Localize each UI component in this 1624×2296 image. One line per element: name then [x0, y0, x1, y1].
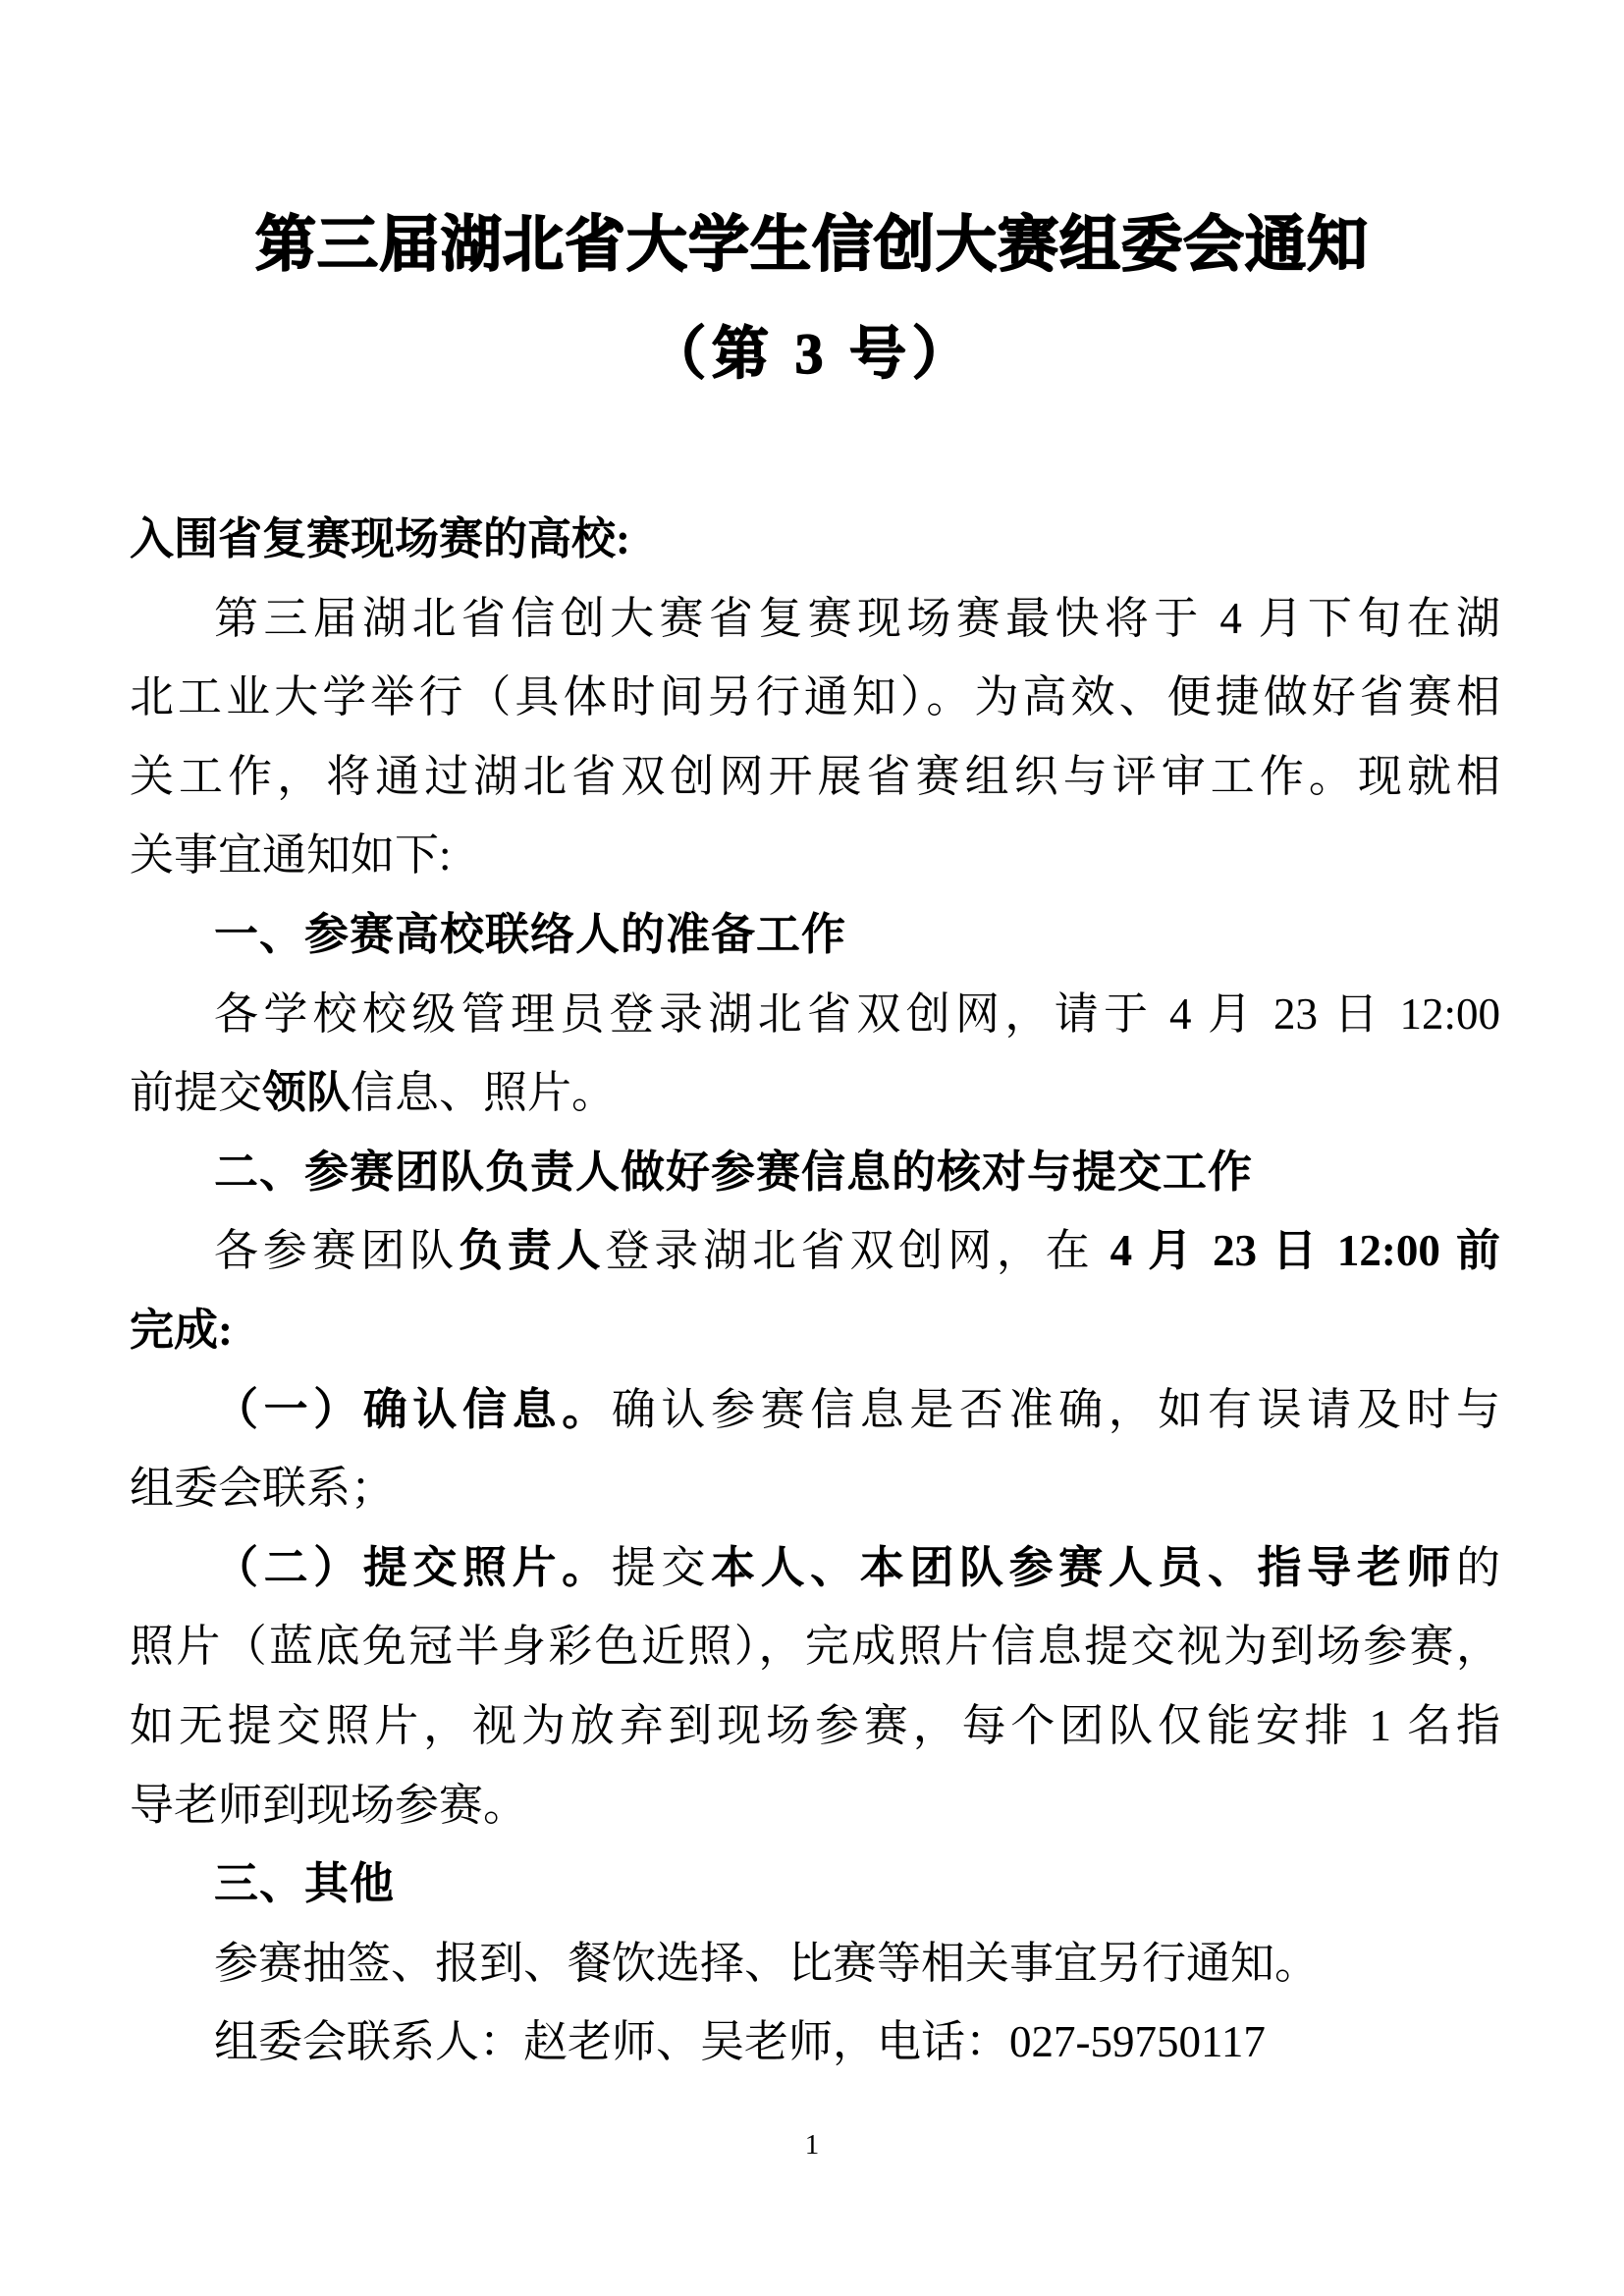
text-run: 二、参赛团队负责人做好参赛信息的核对与提交工作 [214, 1147, 1253, 1197]
text-run: 各学校校级管理员登录湖北省双创网，请于 4 月 23 日 12:00 [214, 989, 1500, 1039]
text-line: 关事宜通知如下: [130, 816, 1500, 895]
text-line: 组委会联系人：赵老师、吴老师，电话：027-59750117 [130, 2002, 1500, 2082]
text-run: 参赛抽签、报到、餐饮选择、比赛等相关事宜另行通知。 [214, 1939, 1319, 1988]
text-run: 北工业大学举行（具体时间另行通知）。为高效、便捷做好省赛相 [130, 672, 1500, 721]
text-line: 第三届湖北省信创大赛省复赛现场赛最快将于 4 月下旬在湖 [130, 579, 1500, 659]
text-line: 关工作，将通过湖北省双创网开展省赛组织与评审工作。现就相 [130, 737, 1500, 817]
text-run: 领队 [262, 1068, 351, 1117]
text-run: 完成: [130, 1306, 233, 1355]
text-line: 照片（蓝底免冠半身彩色近照），完成照片信息提交视为到场参赛， [130, 1607, 1500, 1686]
text-line: （二）提交照片。提交本人、本团队参赛人员、指导老师的 [130, 1528, 1500, 1608]
document-title: 第三届湖北省大学生信创大赛组委会通知 [0, 206, 1624, 285]
text-line: 各学校校级管理员登录湖北省双创网，请于 4 月 23 日 12:00 [130, 975, 1500, 1054]
text-line: 导老师到现场参赛。 [130, 1766, 1500, 1845]
text-run: 照片（蓝底免冠半身彩色近照），完成照片信息提交视为到场参赛， [130, 1622, 1500, 1671]
text-run: 前提交 [130, 1068, 262, 1117]
text-line: 参赛抽签、报到、餐饮选择、比赛等相关事宜另行通知。 [130, 1924, 1500, 2003]
text-line: 完成: [130, 1291, 1500, 1370]
text-run: 第三届湖北省信创大赛省复赛现场赛最快将于 4 月下旬在湖 [214, 594, 1500, 643]
text-run: 组委会联系人：赵老师、吴老师，电话：027-59750117 [214, 2017, 1266, 2066]
text-run: 导老师到现场参赛。 [130, 1781, 527, 1830]
text-run: 一、参赛高校联络人的准备工作 [214, 909, 846, 959]
text-run: 提交 [612, 1543, 711, 1592]
text-run: 登录湖北省双创网，在 [605, 1226, 1110, 1275]
text-run: 信息、照片。 [351, 1068, 616, 1117]
text-run: 组委会联系； [130, 1464, 395, 1513]
text-run: 三、其他 [214, 1858, 395, 1908]
text-line: 一、参赛高校联络人的准备工作 [130, 895, 1500, 975]
text-run: 关事宜通知如下: [130, 830, 452, 880]
text-line: 各参赛团队负责人登录湖北省双创网，在 4 月 23 日 12:00 前 [130, 1211, 1500, 1291]
text-run: （一）确认信息。 [214, 1385, 612, 1434]
text-line: 二、参赛团队负责人做好参赛信息的核对与提交工作 [130, 1133, 1500, 1212]
text-run: 入围省复赛现场赛的高校: [130, 514, 630, 563]
text-line: 前提交领队信息、照片。 [130, 1053, 1500, 1133]
document-subtitle: （第 3 号） [0, 312, 1624, 397]
text-run: 关工作，将通过湖北省双创网开展省赛组织与评审工作。现就相 [130, 752, 1500, 801]
document-body: 入围省复赛现场赛的高校:第三届湖北省信创大赛省复赛现场赛最快将于 4 月下旬在湖… [130, 500, 1500, 2082]
text-line: 组委会联系； [130, 1449, 1500, 1528]
text-run: 本人、本团队参赛人员、指导老师 [711, 1543, 1456, 1592]
text-run: 各参赛团队 [214, 1226, 459, 1275]
text-run: 确认参赛信息是否准确，如有误请及时与 [612, 1385, 1500, 1434]
text-line: 如无提交照片，视为放弃到现场参赛，每个团队仅能安排 1 名指 [130, 1686, 1500, 1766]
text-line: （一）确认信息。确认参赛信息是否准确，如有误请及时与 [130, 1370, 1500, 1450]
page-number: 1 [0, 2128, 1624, 2162]
text-line: 入围省复赛现场赛的高校: [130, 500, 1500, 579]
document-page: 第三届湖北省大学生信创大赛组委会通知 （第 3 号） 入围省复赛现场赛的高校:第… [0, 0, 1624, 2296]
text-run: 4 月 23 日 12:00 前 [1110, 1226, 1500, 1275]
text-line: 三、其他 [130, 1844, 1500, 1924]
text-line: 北工业大学举行（具体时间另行通知）。为高效、便捷做好省赛相 [130, 658, 1500, 737]
text-run: （二）提交照片。 [214, 1543, 612, 1592]
text-run: 的 [1456, 1543, 1500, 1592]
text-run: 负责人 [459, 1226, 605, 1275]
text-run: 如无提交照片，视为放弃到现场参赛，每个团队仅能安排 1 名指 [130, 1701, 1500, 1750]
